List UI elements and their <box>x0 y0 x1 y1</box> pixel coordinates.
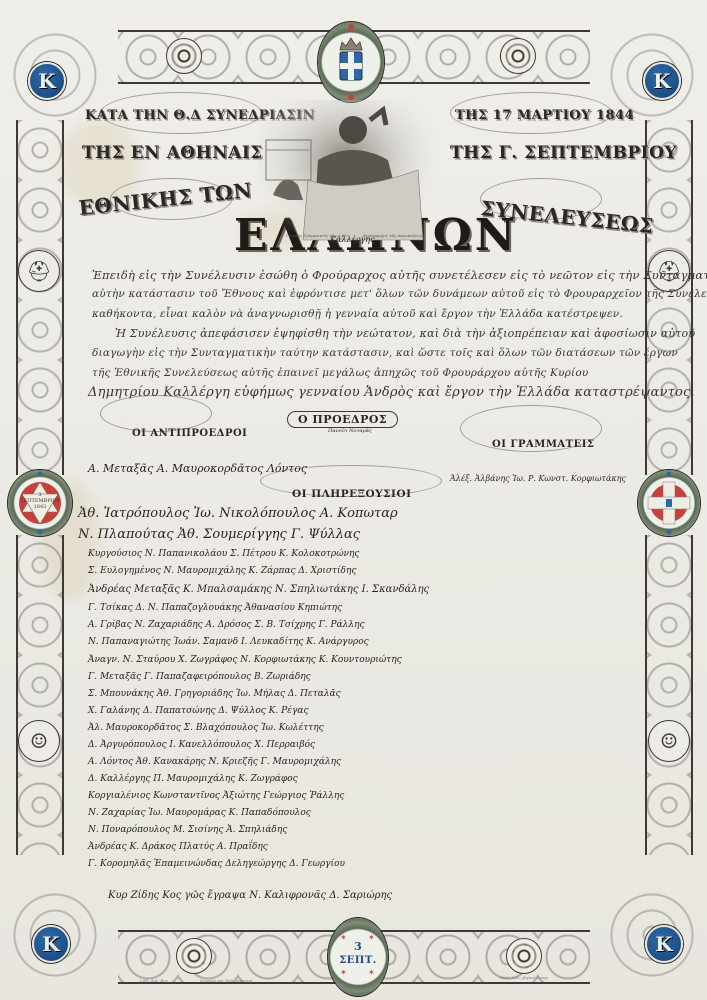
header-right-line-1: ΤΗΣ 17 ΜΑΡΤΙΟΥ 1844 <box>455 108 634 123</box>
body-line-7: Δημητρίου Καλλέργη εὐφήμως γενναίου Ἀνδρ… <box>88 385 695 400</box>
red-star-icon: ✶ <box>368 968 375 977</box>
cross-medal-icon <box>638 470 700 536</box>
header-left-line-2: ΤΗΣ ΕΝ ΑΘΗΝΑΙΣ <box>82 143 263 163</box>
red-star-icon: ✶ <box>368 933 375 942</box>
rosette-ornament <box>166 38 202 74</box>
rosette-ornament <box>176 938 212 974</box>
signature-row: Γ. Μεταξᾶς Γ. Παπαζαφειρόπουλος Β. Ζωριά… <box>88 672 311 682</box>
president-label: Ο ΠΡΟΕΔΡΟΣ <box>287 411 398 428</box>
secretary-signatures: Ἀλέξ. Ἀλβάνης Ἰω. Ρ. Κωνστ. Κορφιωτάκης <box>450 474 626 483</box>
signature-row: Ἀθ. Ἰατρόπουλος Ἰω. Νικολόπουλος Α. Κοπω… <box>78 506 398 521</box>
red-star-icon: ✶ <box>340 968 347 977</box>
left-star-medal: 3 ΣΕΠΤΕΜΒΡΙΟΥ 1843 <box>8 470 72 536</box>
k-badge-bottom-left: Κ <box>32 925 70 963</box>
body-line-6: τῆς Ἐθνικῆς Συνελεύσεως αὐτῆς ἐπαινεῖ με… <box>92 367 588 379</box>
rosette-ornament <box>500 38 536 74</box>
signature-row: Ν. Πλαπούτας Ἀθ. Σουμερίγγης Γ. Ψύλλας <box>78 527 360 542</box>
rosette-ornament <box>506 938 542 974</box>
medallion-day: 3 <box>328 940 388 954</box>
calligraphic-flourish <box>100 395 212 432</box>
left-border-band-lower <box>16 535 64 855</box>
signature-row: Κυρ Ζίδης Κος γῶς ἔγραψα Ν. Καλιφρονᾶς Δ… <box>108 890 392 901</box>
vice-president-signatures: Α. Μεταξᾶς Α. Μαυροκορδᾶτος Λόντος <box>88 462 307 475</box>
signature-row: Ἀνδρέας Μεταξᾶς Κ. Μπαλσαμάκης Ν. Σπηλιω… <box>88 584 429 595</box>
signature-row: Ν. Ποναρόπουλος Μ. Σισίνης Ἀ. Σπηλιάδης <box>88 825 287 835</box>
signature-row: Σ. Μπουνάκης Ἀθ. Γρηγοριάδης Ἰω. Μήλας Δ… <box>88 689 341 699</box>
signature-row: Ἀλ. Μαυροκορδᾶτος Σ. Βλαχόπουλος Ἰω. Κωλ… <box>88 723 324 733</box>
body-line-1: Ἐπειδὴ εἰς τὴν Συνέλευσιν ἐσώθη ὁ Φρούρα… <box>92 268 707 282</box>
signature-row: Κυργούσιος Ν. Παπανικολάου Σ. Πέτρου Κ. … <box>88 549 359 559</box>
imprint-right: Paris Lith. Jéquot Lemp <box>500 975 548 980</box>
body-line-2: αὐτὴν κατάστασιν τοῦ Ἔθνους καὶ ἐφρόντισ… <box>92 288 707 300</box>
members-label: ΟΙ ΠΛΗΡΕΞΟΥΣΙΟΙ <box>292 488 412 500</box>
signature-row: Α. Γρίβας Ν. Ζαχαριάδης Α. Δρόσος Σ. Β. … <box>88 620 365 630</box>
medal-text-year: 1843 <box>8 504 72 510</box>
signature-row: Ν. Ζαχαρίας Ἰω. Μαυρομάρας Κ. Παπαδόπουλ… <box>88 808 311 818</box>
signature-row: Δ. Καλλέργης Π. Μαυρομιχάλης Κ. Ζωγράφος <box>88 774 298 784</box>
secretaries-label: ΟΙ ΓΡΑΜΜΑΤΕΙΣ <box>492 439 594 450</box>
mask-medallion-icon: ☺ <box>648 720 690 762</box>
president-signature: Πανοῦτ Νοταρᾶς <box>328 428 372 434</box>
signature-row: Ἀνδρέας Κ. Δράκος Πλατύς Α. Πραΐδης <box>88 842 268 852</box>
signature-row: Γ. Κορομηλᾶς Ἐπαμεινώνδας Δεληγεώργης Δ.… <box>88 859 345 869</box>
imprint-left-2: Dessiné par Feb. Amaragi <box>200 978 253 983</box>
portrait-figure-icon <box>258 100 433 245</box>
left-border-band-upper <box>16 120 64 475</box>
imprint-left: Lith. Ant. Roy <box>140 978 168 983</box>
helmet-medallion-icon: ⛑ <box>18 250 60 292</box>
body-line-4: Ἡ Συνέλευσις ἀπεφάσισεν ἐψηφίσθη τὴν νεώ… <box>115 327 695 340</box>
k-badge-top-right: Κ <box>643 62 681 100</box>
bottom-center-medallion: 3 ΣΕΠΤ. ✶ ✶ ✶ ✶ <box>328 918 388 996</box>
signature-row: Δ. Ἀργυρόπουλος Ι. Κανελλόπουλος Χ. Περρ… <box>88 740 315 750</box>
signature-row: Ν. Παπαναγιώτης Ἰωάν. Σαμανδ Ι. Λευκαδίτ… <box>88 637 369 647</box>
right-border-band-lower <box>645 535 693 855</box>
body-line-5: διαγωγὴν εἰς τὴν Συνταγματικὴν ταύτην κα… <box>92 347 678 359</box>
portrait-signature: Καλλέργης <box>330 235 375 244</box>
body-line-3: καθήκοντα, εἶναι καλὸν νὰ ἀναγνωρισθῇ ἡ … <box>92 308 623 320</box>
signature-row: Γ. Τσίκας Δ. Ν. Παπαζογλουάκης Ἀθανασίου… <box>88 603 342 613</box>
coat-of-arms-medallion <box>318 22 384 102</box>
signature-row: Χ. Γαλάνης Δ. Παπατσώνης Δ. Ψύλλος Κ. Ρέ… <box>88 706 309 716</box>
signature-row: Ἀναγν. Ν. Σταύρου Χ. Ζωγράφος Ν. Κορφιωτ… <box>88 655 402 665</box>
k-badge-top-left: Κ <box>28 62 66 100</box>
signature-row: Α. Λόντος Ἀθ. Κανακάρης Ν. Κριεζῆς Γ. Μα… <box>88 757 341 767</box>
header-right-line-2: ΤΗΣ Γ. ΣΕΠΤΕΜΒΡΙΟΥ <box>450 143 677 163</box>
portrait-engraving: Γενικός Γραμματεύς τῆς Α.Μ. Φρούραρχος τ… <box>258 100 433 245</box>
red-star-icon: ✶ <box>340 933 347 942</box>
signature-row: Κοργιαλένιος Κωνσταντῖνος Ἀξιώτης Γεώργι… <box>88 791 344 801</box>
right-cross-medal <box>638 470 700 536</box>
k-badge-bottom-right: Κ <box>645 925 683 963</box>
medallion-month: ΣΕΠΤ. <box>328 954 388 968</box>
vice-presidents-label: ΟΙ ΑΝΤΙΠΡΟΕΔΡΟΙ <box>132 428 247 439</box>
signature-row: Σ. Ευλογημένος Ν. Μαυρομιχάλης Κ. Ζάρπας… <box>88 566 356 576</box>
crown-shield-icon <box>318 22 384 102</box>
mask-medallion-icon: ☺ <box>18 720 60 762</box>
